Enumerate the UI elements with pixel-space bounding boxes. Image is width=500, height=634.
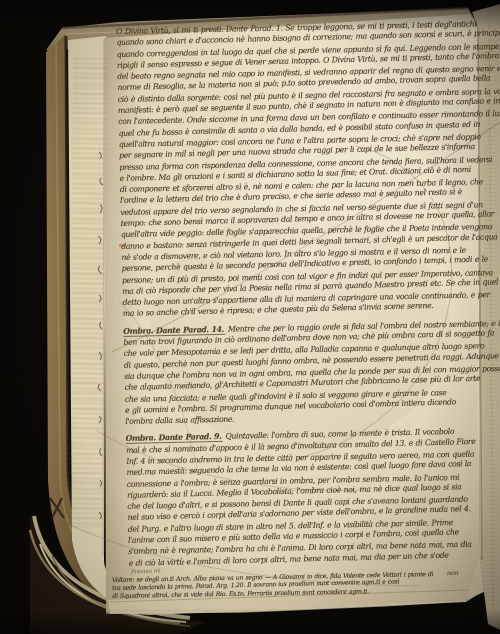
manuscript-text-block: O Divina Virtù, sì mi ti presti. Dante P… [116, 18, 489, 575]
manuscript-paragraph: O Divina Virtù, sì mi ti presti. Dante P… [116, 18, 483, 320]
bleedthrough-text-previous-page [67, 58, 109, 528]
manuscript-paragraph: Ombra. Dante Parad. 14.Mentre che per lo… [123, 317, 485, 427]
manuscript-photo: O Divina Virtù, sì mi ti presti. Dante P… [0, 0, 500, 634]
manuscript-paragraph: Ombra. Dante Parad. 9.Quintavalle: l'omb… [126, 425, 489, 569]
